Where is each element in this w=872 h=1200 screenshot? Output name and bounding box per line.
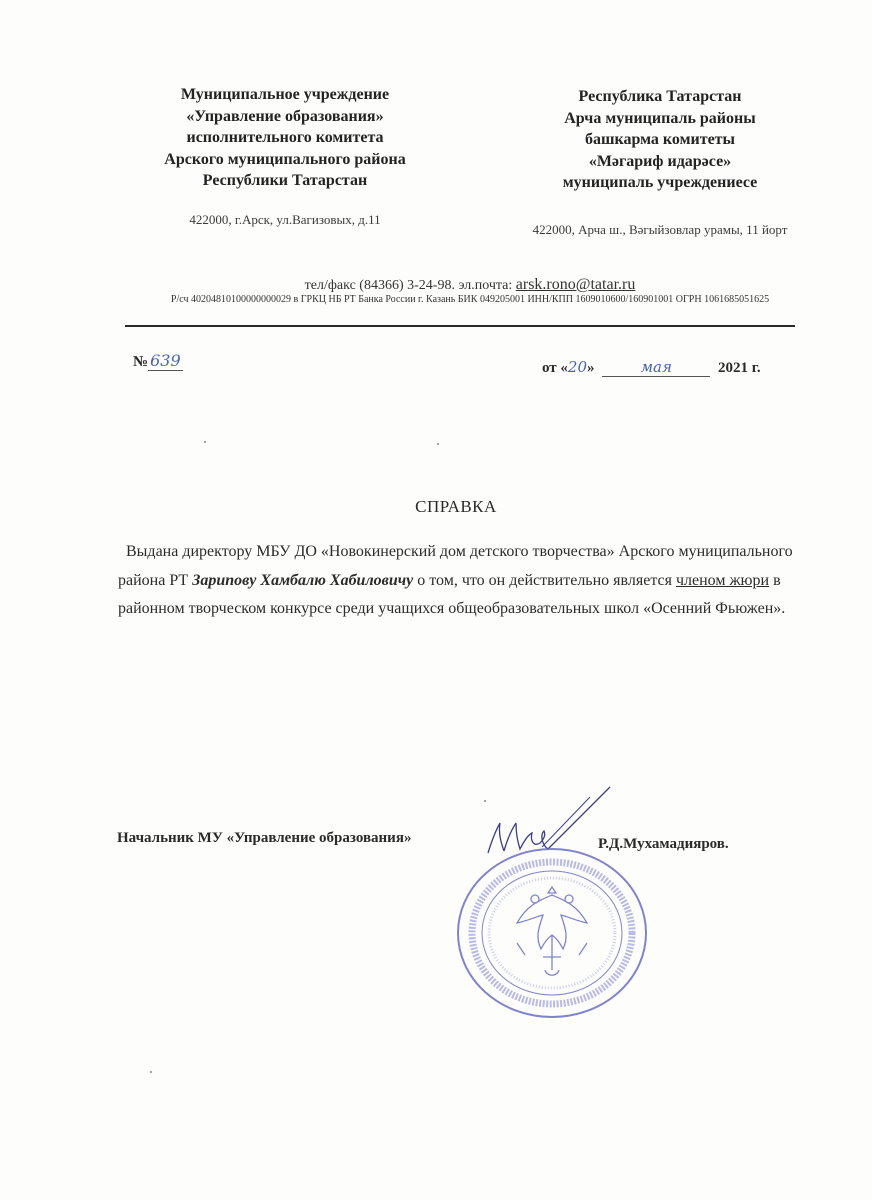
email-label: эл.почта:	[458, 278, 512, 293]
header-right-line: Арча муниципаль районы	[530, 108, 790, 130]
header-left-line: Республики Татарстан	[140, 170, 430, 192]
header-left-line: «Управление образования»	[140, 106, 430, 128]
header-left-line: Муниципальное учреждение	[140, 84, 430, 106]
date-prefix: от «	[542, 360, 568, 376]
header-right-line: муниципаль учреждениесе	[530, 172, 790, 194]
scan-speck	[437, 443, 439, 445]
reference-number: №639	[133, 351, 183, 371]
recipient-name: Зарипову Хамбалю Хабиловичу	[192, 572, 413, 589]
scan-speck	[484, 800, 486, 802]
header-divider	[125, 325, 795, 327]
header-left-line: Арского муниципального района	[140, 149, 430, 171]
year: 2021 г.	[718, 360, 761, 376]
header-left-org: Муниципальное учреждение «Управление обр…	[140, 84, 430, 192]
header-left-line: исполнительного комитета	[140, 127, 430, 149]
header-right-address: 422000, Арча ш., Вәгыйзовлар урамы, 11 й…	[525, 221, 795, 238]
reference-date: от «20» мая 2021 г.	[542, 358, 761, 377]
document-page: Муниципальное учреждение «Управление обр…	[0, 0, 872, 1200]
header-right-line: «Мәгариф идарәсе»	[530, 151, 790, 173]
header-right-line: Республика Татарстан	[530, 86, 790, 108]
bank-details: Р/сч 40204810100000000029 в ГРКЦ НБ РТ Б…	[140, 293, 800, 306]
contacts-line: тел/факс (84366) 3-24-98. эл.почта: arsk…	[140, 276, 800, 294]
official-seal-icon	[455, 845, 650, 1020]
header-left-address: 422000, г.Арск, ул.Вагизовых, д.11	[140, 211, 430, 228]
email-link[interactable]: arsk.rono@tatar.ru	[516, 276, 636, 293]
month-handwritten: мая	[602, 358, 710, 377]
scan-speck	[150, 1071, 152, 1073]
number-label: №	[133, 354, 148, 370]
signatory-position: Начальник МУ «Управление образования»	[117, 830, 411, 847]
number-handwritten: 639	[148, 351, 183, 371]
role-text: членом жюри	[676, 572, 769, 589]
header-right-org: Республика Татарстан Арча муниципаль рай…	[530, 86, 790, 194]
document-body: Выдана директору МБУ ДО «Новокинерский д…	[118, 538, 798, 624]
phone-fax: тел/факс (84366) 3-24-98.	[305, 278, 455, 293]
document-title: СПРАВКА	[0, 497, 872, 517]
body-text-2: о том, что он действительно является	[413, 572, 676, 589]
scan-speck	[204, 441, 206, 443]
header-right-line: башкарма комитеты	[530, 129, 790, 151]
day-handwritten: 20	[568, 358, 587, 376]
date-mid: »	[587, 360, 595, 376]
